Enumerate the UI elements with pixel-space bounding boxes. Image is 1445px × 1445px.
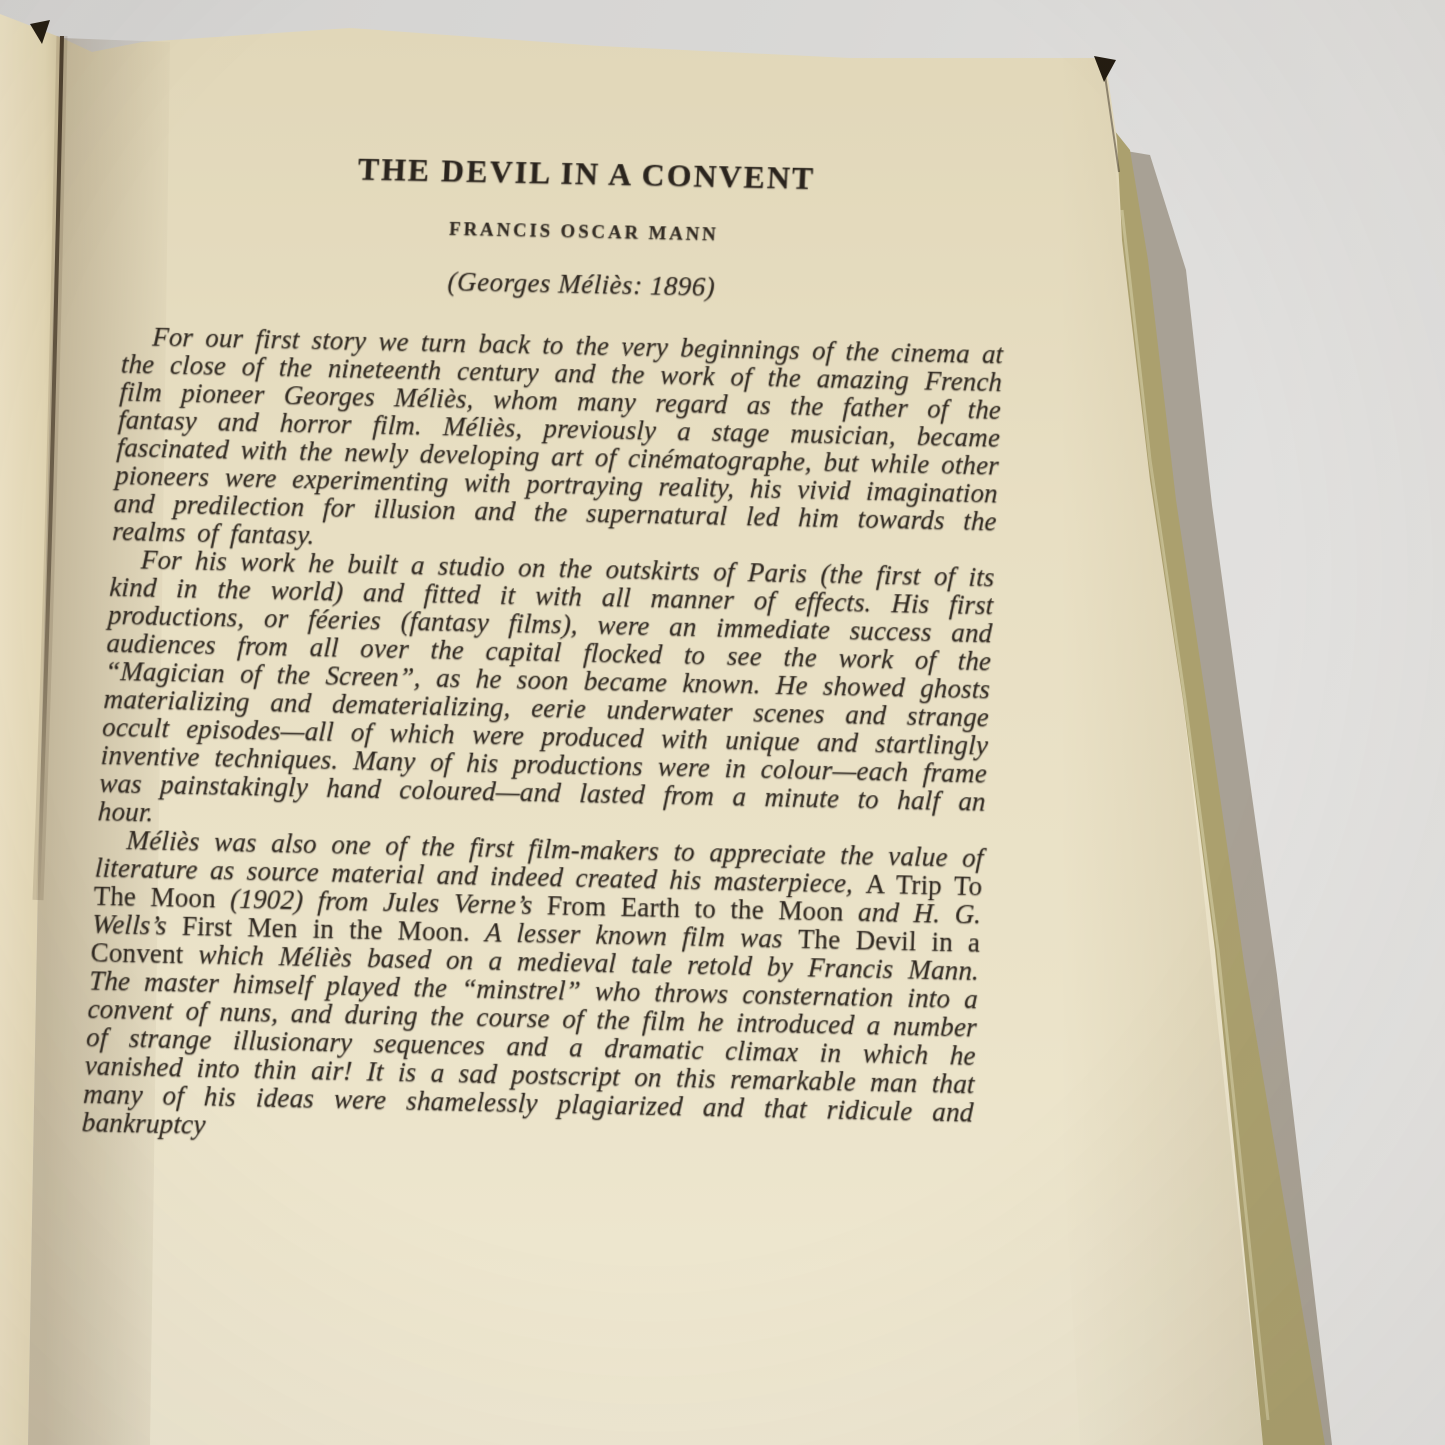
text-run-italic: For our first story we turn back to the … [112,322,1004,550]
paragraph-1: For our first story we turn back to the … [112,322,1004,563]
paragraphs: For our first story we turn back to the … [81,322,1004,1155]
text-run-italic: For his work he built a studio on the ou… [97,544,995,827]
paragraph-3: Méliès was also one of the first film-ma… [81,825,984,1155]
book-photo: THE DEVIL IN A CONVENT FRANCIS OSCAR MAN… [0,0,1445,1445]
page-title: THE DEVIL IN A CONVENT [146,146,1026,201]
page-text: THE DEVIL IN A CONVENT FRANCIS OSCAR MAN… [81,122,1012,1155]
page-headings: THE DEVIL IN A CONVENT FRANCIS OSCAR MAN… [141,146,1027,309]
paragraph-2: For his work he built a studio on the ou… [97,545,995,844]
text-run-italic: which Méliès based on a medieval tale re… [81,939,980,1140]
author-byline: FRANCIS OSCAR MANN [144,213,1024,253]
film-credit: (Georges Méliès: 1896) [141,260,1022,309]
